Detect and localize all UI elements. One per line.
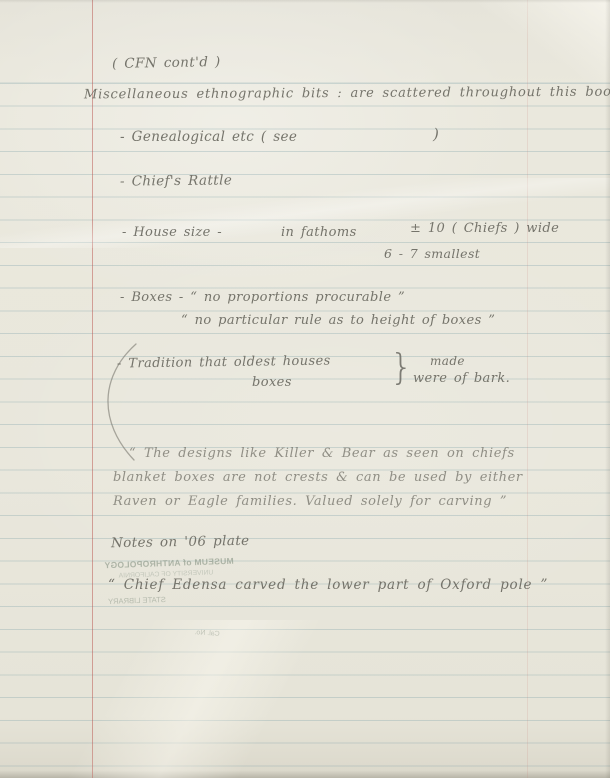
note-tradition-made: made: [430, 355, 465, 367]
page-edge-shadow-top: [0, 0, 610, 3]
note-tradition-boxes: boxes: [252, 376, 292, 389]
note-plate-quote: “ Chief Edensa carved the lower part of …: [108, 579, 548, 593]
note-quote-line1: “ The designs like Killer & Bear as seen…: [129, 447, 515, 460]
note-boxes-1: - Boxes - “ no proportions procurable ”: [120, 291, 405, 304]
note-quote-line3: Raven or Eagle families. Valued solely f…: [113, 495, 507, 508]
note-genealogical: - Genealogical etc ( see: [120, 131, 297, 145]
note-house-wide: ± 10 ( Chiefs ) wide: [410, 222, 559, 235]
note-plate-heading: Notes on '06 plate: [111, 535, 250, 551]
note-genealogical-close-paren: ): [433, 127, 439, 142]
note-heading: ( CFN cont'd ): [112, 56, 221, 71]
museum-stamp-line3: STATE LIBRARY: [94, 596, 180, 608]
note-house-smallest: 6 - 7 smallest: [384, 248, 480, 261]
note-tradition-bark: were of bark.: [413, 372, 510, 385]
diagonal-crease: [0, 620, 420, 778]
note-tradition: - Tradition that oldest houses: [117, 355, 331, 371]
note-house-size: - House size -: [122, 226, 222, 239]
right-margin-line: [527, 0, 528, 778]
corner-fold-crease: [410, 0, 610, 95]
note-boxes-2: “ no particular rule as to height of box…: [181, 314, 495, 327]
notebook-page: MUSEUM of ANTHROPOLOGY UNIVERSITY OF CAL…: [0, 0, 610, 778]
note-house-fathoms: in fathoms: [281, 226, 357, 239]
note-chiefs-rattle: - Chief's Rattle: [120, 174, 232, 189]
note-intro: Miscellaneous ethnographic bits : are sc…: [84, 86, 610, 102]
note-tradition-brace: }: [390, 350, 413, 386]
note-quote-line2: blanket boxes are not crests & can be us…: [113, 471, 523, 484]
page-edge-shadow-right: [605, 0, 610, 778]
